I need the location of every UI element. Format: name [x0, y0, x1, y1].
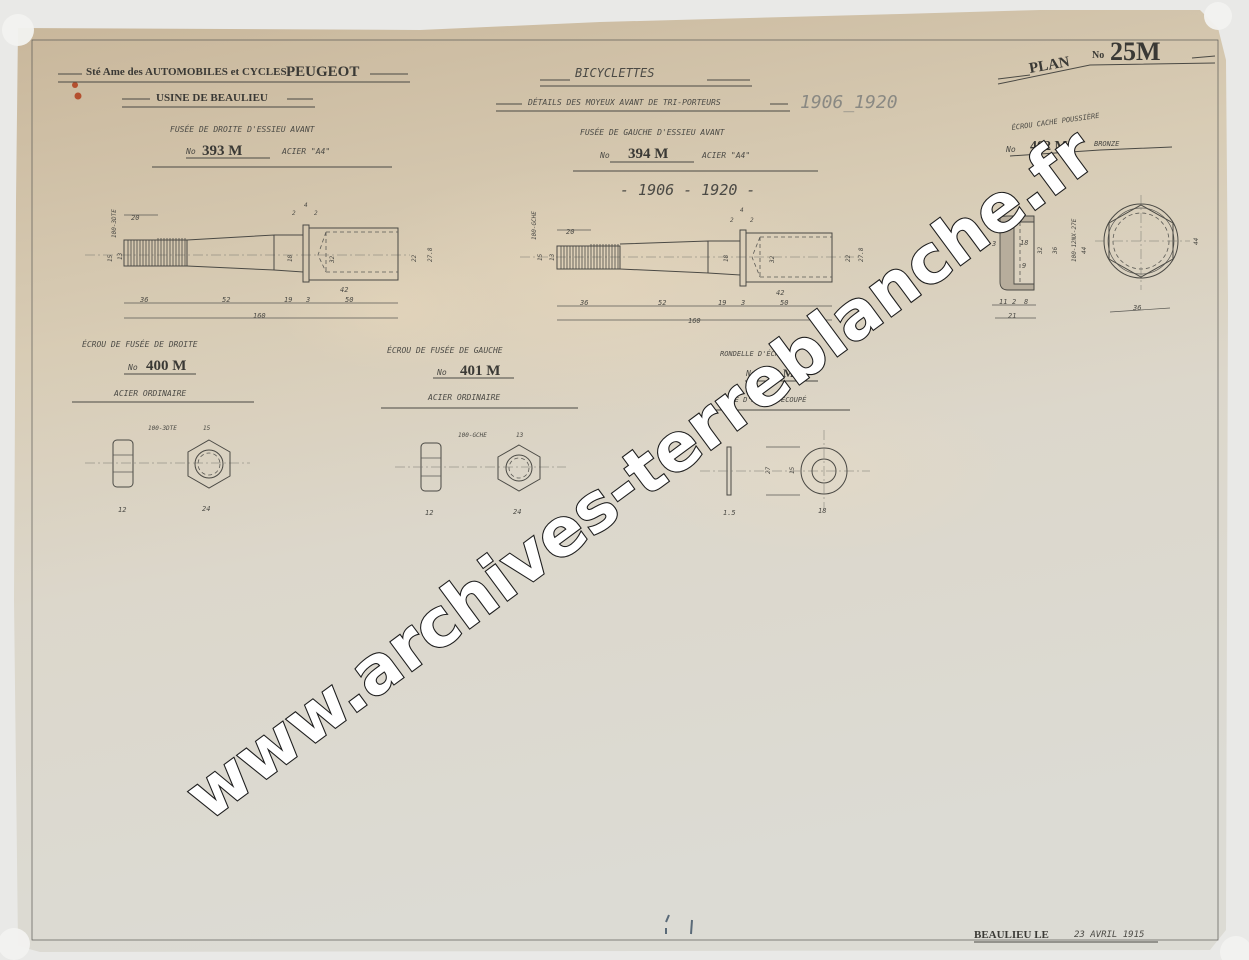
svg-text:12: 12 — [118, 506, 126, 514]
svg-text:100-3DTE: 100-3DTE — [148, 425, 177, 432]
svg-text:1.5: 1.5 — [723, 509, 736, 517]
footer-place: BEAULIEU LE — [974, 929, 1049, 941]
svg-text:18: 18 — [818, 507, 826, 515]
part-394-no-prefix: No — [599, 151, 610, 160]
svg-text:36: 36 — [139, 296, 148, 304]
part-393-material: ACIER "A4" — [281, 147, 330, 156]
part-401-no-prefix: No — [436, 368, 447, 377]
svg-text:3: 3 — [305, 296, 310, 304]
part-402-material: BRONZE — [1094, 140, 1120, 148]
svg-text:24: 24 — [202, 505, 210, 513]
svg-text:18: 18 — [1020, 239, 1028, 247]
part-394-number: 394 M — [628, 146, 668, 162]
svg-text:42: 42 — [776, 289, 784, 297]
svg-text:32: 32 — [769, 255, 776, 264]
svg-text:19: 19 — [718, 299, 726, 307]
svg-text:15: 15 — [107, 254, 114, 262]
svg-text:100-GCHE: 100-GCHE — [458, 432, 487, 439]
svg-text:2: 2 — [750, 217, 754, 224]
svg-text:27: 27 — [765, 466, 772, 474]
svg-text:20: 20 — [131, 214, 139, 222]
svg-text:44: 44 — [1081, 246, 1088, 254]
svg-text:100-3DTE: 100-3DTE — [111, 209, 118, 238]
svg-text:18: 18 — [287, 254, 294, 262]
svg-text:13: 13 — [117, 252, 124, 260]
svg-text:50: 50 — [780, 299, 788, 307]
part-400-number: 400 M — [146, 358, 186, 374]
part-393-title: FUSÉE DE DROITE D'ESSIEU AVANT — [170, 123, 316, 134]
svg-text:13: 13 — [549, 253, 556, 261]
svg-text:32: 32 — [1037, 246, 1044, 255]
blueprint-sheet: Sté Ame des AUTOMOBILES et CYCLES PEUGEO… — [0, 0, 1249, 960]
part-401-material: ACIER ORDINAIRE — [427, 393, 500, 402]
svg-text:42: 42 — [340, 286, 348, 294]
svg-text:2: 2 — [314, 210, 318, 217]
svg-text:22: 22 — [411, 254, 418, 262]
part-394-title: FUSÉE DE GAUCHE D'ESSIEU AVANT — [580, 126, 726, 137]
svg-text:11: 11 — [999, 298, 1007, 306]
svg-text:12: 12 — [425, 509, 433, 517]
svg-text:2: 2 — [730, 217, 734, 224]
company-name: PEUGEOT — [286, 64, 359, 80]
svg-text:20: 20 — [566, 228, 574, 236]
svg-text:4: 4 — [304, 202, 308, 209]
svg-text:2: 2 — [292, 210, 296, 217]
svg-text:22: 22 — [845, 254, 852, 262]
part-400-material: ACIER ORDINAIRE — [113, 389, 186, 398]
svg-text:100-12NX-27E: 100-12NX-27E — [1071, 218, 1078, 262]
part-400-title: ÉCROU DE FUSÉE DE DROITE — [82, 338, 198, 349]
part-393-number: 393 M — [202, 143, 242, 159]
subtitle: DÉTAILS DES MOYEUX AVANT DE TRI-PORTEURS — [527, 96, 721, 107]
svg-text:3: 3 — [740, 299, 745, 307]
svg-text:18: 18 — [723, 254, 730, 262]
svg-text:13: 13 — [516, 432, 524, 439]
svg-text:4: 4 — [740, 207, 744, 214]
subtitle-date: 1906_1920 — [800, 92, 898, 113]
part-400-no-prefix: No — [127, 363, 138, 372]
svg-text:36: 36 — [579, 299, 588, 307]
svg-text:27.8: 27.8 — [427, 247, 434, 262]
part-401-number: 401 M — [460, 363, 500, 379]
svg-text:9: 9 — [1022, 262, 1026, 270]
svg-text:15: 15 — [203, 425, 211, 432]
svg-text:52: 52 — [658, 299, 666, 307]
plan-number-prefix: No — [1092, 50, 1104, 61]
factory-name: USINE DE BEAULIEU — [156, 92, 268, 104]
svg-text:8: 8 — [1024, 298, 1028, 306]
svg-text:21: 21 — [1008, 312, 1016, 320]
svg-text:160: 160 — [688, 317, 701, 325]
svg-text:36: 36 — [1132, 304, 1141, 312]
category-title: BICYCLETTES — [575, 66, 654, 80]
svg-text:36: 36 — [1052, 246, 1059, 255]
svg-text:15: 15 — [789, 466, 796, 474]
svg-text:160: 160 — [253, 312, 266, 320]
svg-text:2: 2 — [1012, 298, 1016, 306]
footer-date: 23 AVRIL 1915 — [1074, 930, 1144, 940]
svg-text:52: 52 — [222, 296, 230, 304]
part-394-material: ACIER "A4" — [701, 151, 750, 160]
svg-text:100-GCHE: 100-GCHE — [531, 211, 538, 240]
part-401-title: ÉCROU DE FUSÉE DE GAUCHE — [387, 344, 503, 355]
plan-number: 25M — [1110, 37, 1161, 66]
part-394-period: - 1906 - 1920 - — [620, 181, 755, 199]
svg-text:15: 15 — [537, 253, 544, 261]
part-393-no-prefix: No — [185, 147, 196, 156]
svg-text:44: 44 — [1193, 237, 1200, 245]
company-prefix: Sté Ame des AUTOMOBILES et CYCLES — [86, 66, 287, 78]
svg-text:19: 19 — [284, 296, 292, 304]
svg-text:32: 32 — [329, 255, 336, 264]
svg-text:50: 50 — [345, 296, 353, 304]
